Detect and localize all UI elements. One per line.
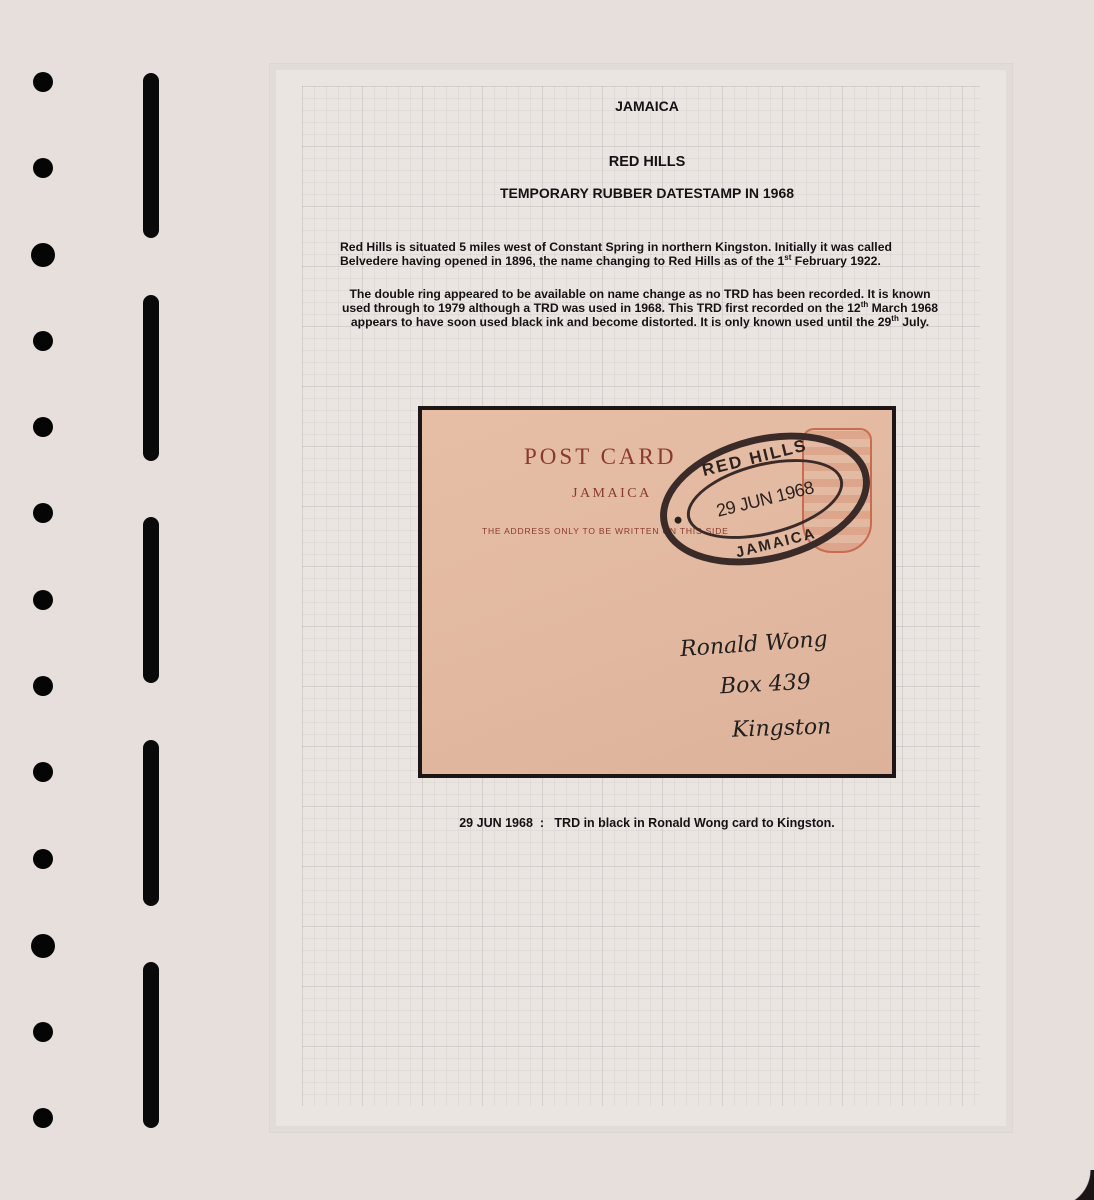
- superscript: th: [891, 314, 899, 323]
- binder-hole: [33, 331, 53, 351]
- binder-hole: [33, 1022, 53, 1042]
- binder-slot: [143, 517, 159, 683]
- binder-slot: [143, 73, 159, 238]
- binder-hole: [33, 417, 53, 437]
- town-heading: RED HILLS: [276, 154, 1018, 170]
- album-page: JAMAICA RED HILLS TEMPORARY RUBBER DATES…: [0, 0, 1094, 1200]
- album-sheet: JAMAICA RED HILLS TEMPORARY RUBBER DATES…: [270, 64, 1012, 1132]
- intro-paragraph: Red Hills is situated 5 miles west of Co…: [340, 240, 940, 268]
- address-line-box: Box 439: [719, 670, 811, 700]
- binder-hole: [31, 934, 55, 958]
- postcard-country: JAMAICA: [572, 486, 652, 502]
- item-caption: 29 JUN 1968 : TRD in black in Ronald Won…: [276, 816, 1018, 830]
- binder-hole: [33, 676, 53, 696]
- rubber-datestamp: RED HILLS 29 JUN 1968 JAMAICA: [646, 412, 884, 586]
- binder-hole: [33, 762, 53, 782]
- binder-hole: [31, 243, 55, 267]
- page-subtitle: TEMPORARY RUBBER DATESTAMP IN 1968: [276, 185, 1018, 201]
- binder-hole: [33, 849, 53, 869]
- address-line-name: Ronald Wong: [679, 627, 828, 662]
- binder-hole: [33, 158, 53, 178]
- history-paragraph: The double ring appeared to be available…: [340, 287, 940, 329]
- binder-hole: [33, 1108, 53, 1128]
- binder-hole: [33, 72, 53, 92]
- binder-slot: [143, 295, 159, 461]
- postcard-title: POST CARD: [524, 444, 676, 470]
- page-corner: [1054, 1170, 1094, 1200]
- binder-hole: [33, 503, 53, 523]
- binder-slot: [143, 962, 159, 1128]
- binder-slot: [143, 740, 159, 906]
- address-line-city: Kingston: [732, 714, 832, 742]
- paragraph-text: The double ring appeared to be available…: [342, 287, 931, 315]
- paragraph-text: February 1922.: [791, 254, 880, 268]
- postcard: POST CARD JAMAICA THE ADDRESS ONLY TO BE…: [422, 410, 892, 774]
- postcard-mount: POST CARD JAMAICA THE ADDRESS ONLY TO BE…: [418, 406, 896, 778]
- paragraph-text: July.: [899, 315, 929, 329]
- binder-hole: [33, 590, 53, 610]
- country-heading: JAMAICA: [276, 98, 1018, 114]
